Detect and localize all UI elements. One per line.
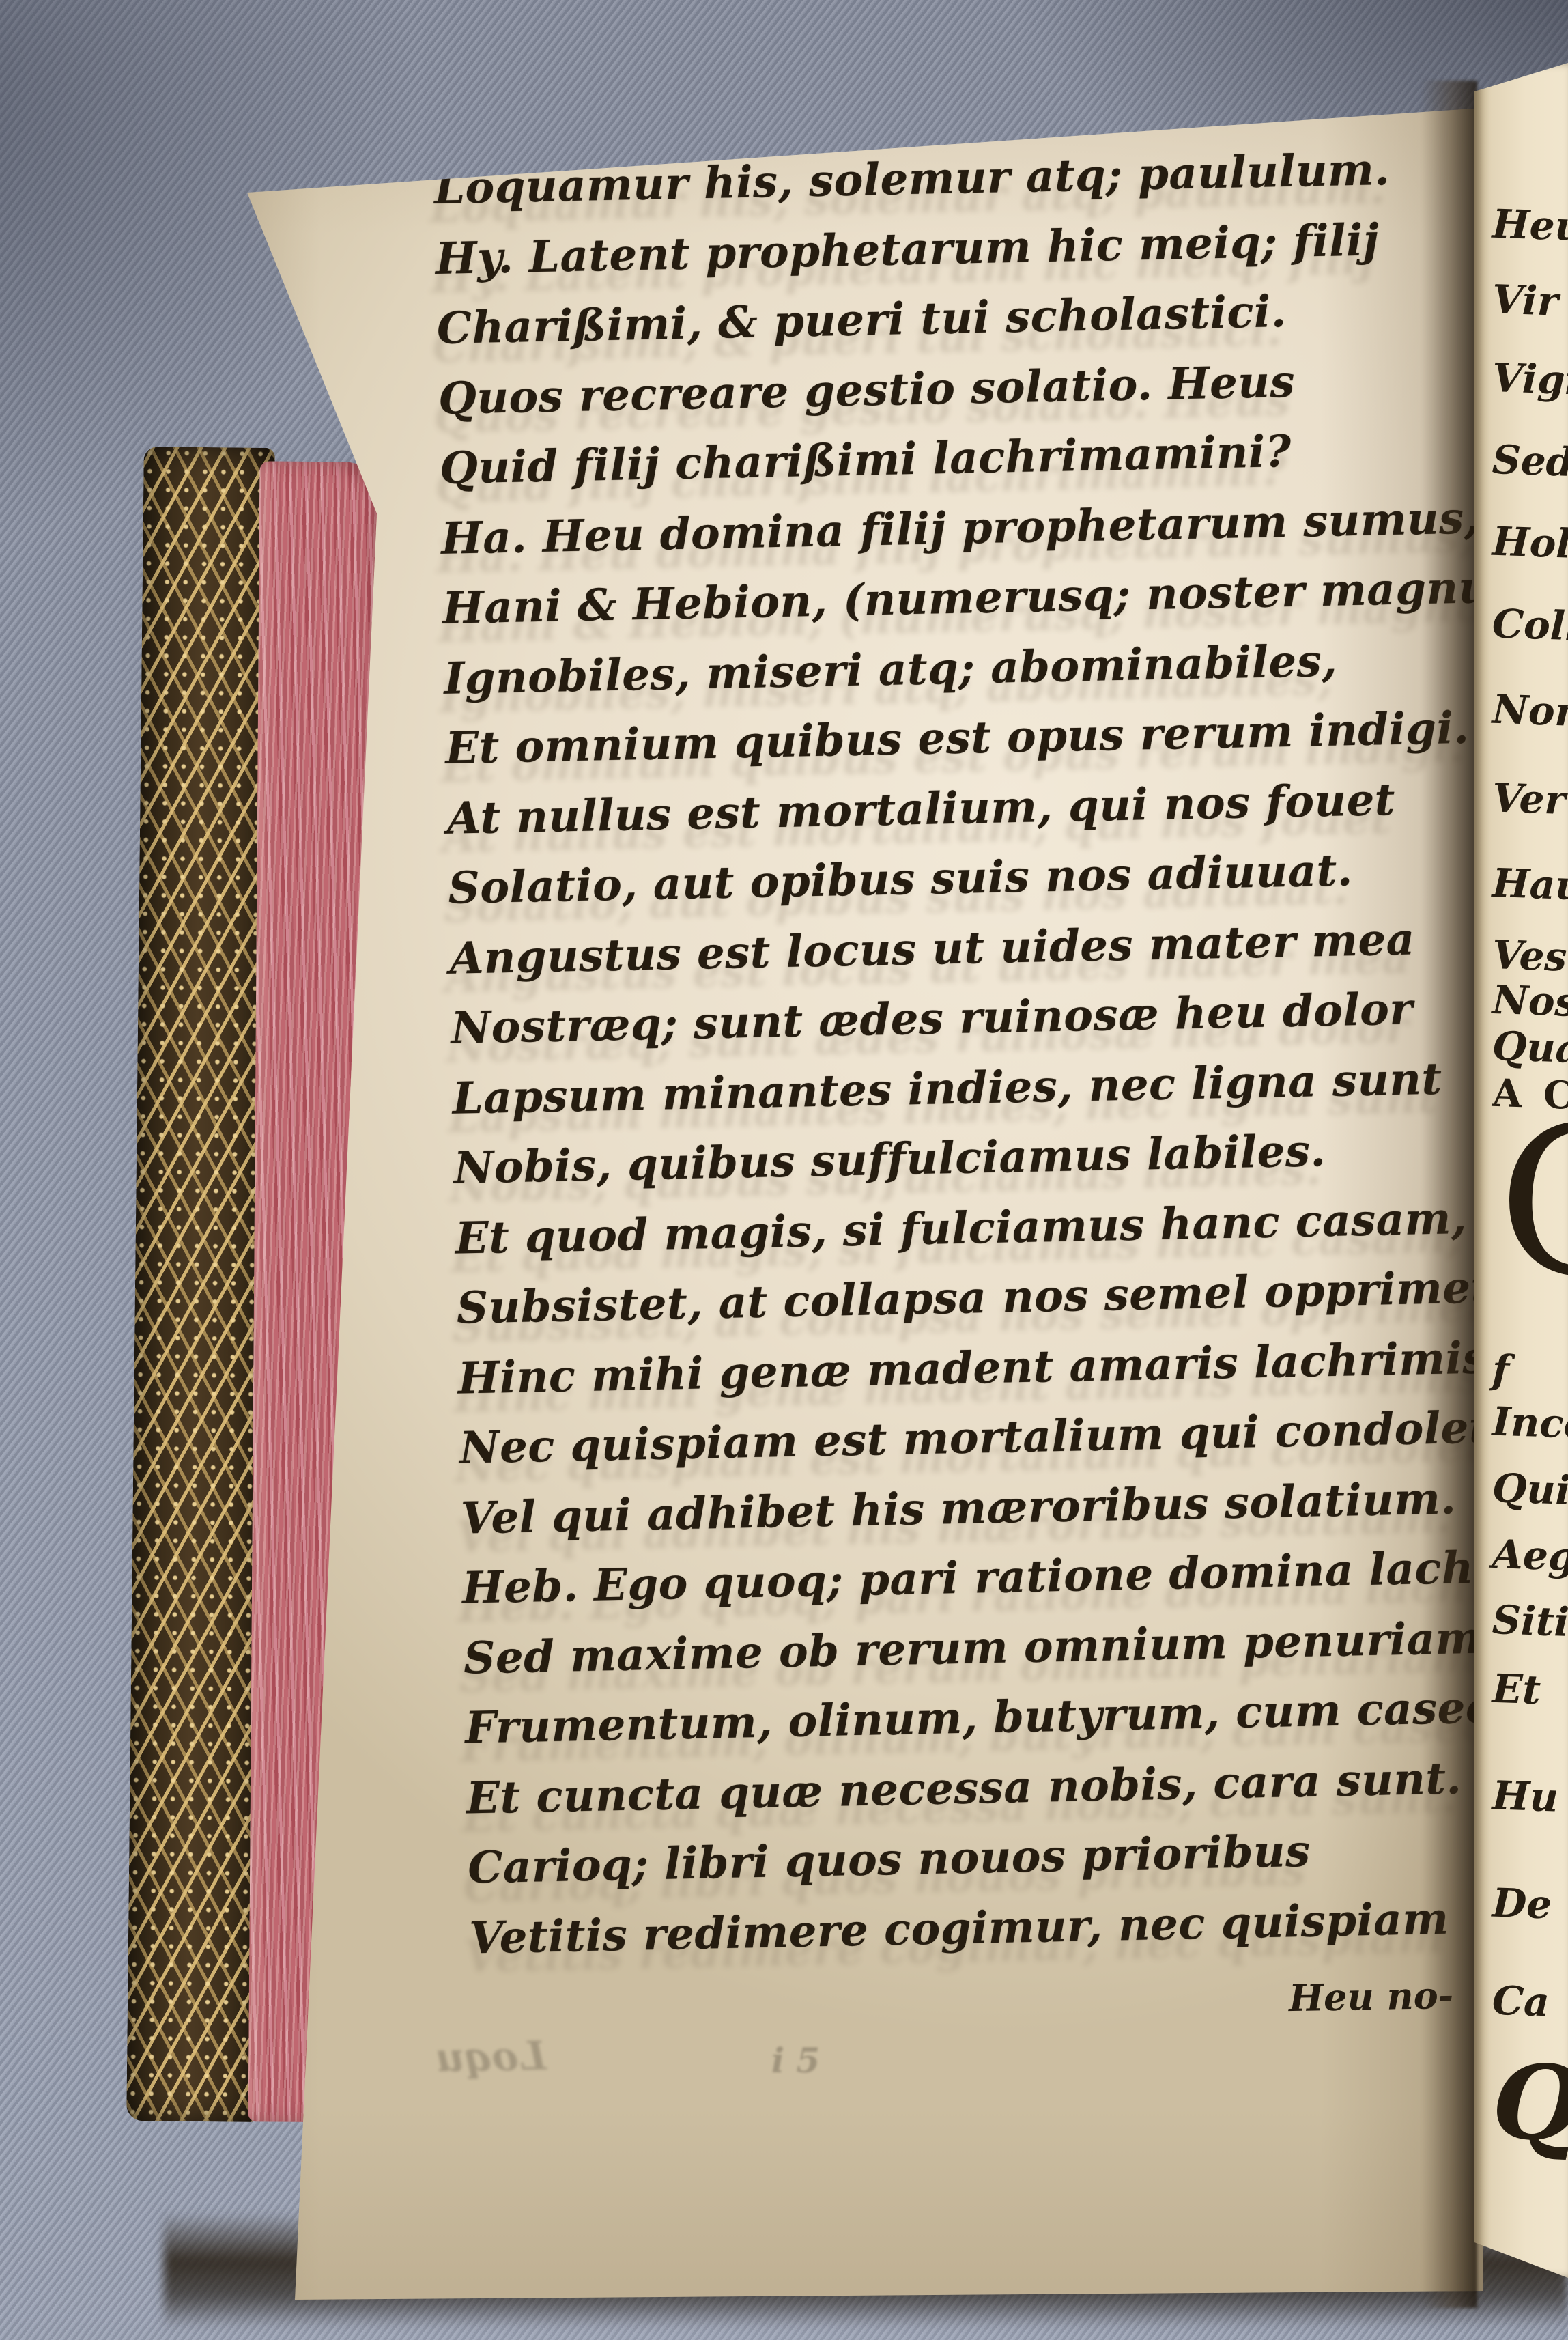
facing-page-text-fragment: Inco — [1492, 1398, 1568, 1448]
facing-page-text-fragment: Qua — [1492, 1023, 1568, 1073]
facing-page-text-fragment: Haud — [1492, 860, 1568, 910]
gutter-shadow — [1421, 81, 1477, 2308]
facing-page-text-fragment: Ca — [1492, 1977, 1550, 2026]
facing-page-text-fragment: Veru — [1492, 774, 1568, 824]
facing-page-text-fragment: Q — [1495, 1115, 1568, 1291]
facing-page-text-fragment: Colle — [1492, 600, 1568, 651]
photo-of-open-book: Loquamur his, solemur atq; paululum.Hy. … — [0, 0, 1568, 2340]
facing-page-text-fragment: f — [1492, 1347, 1510, 1394]
show-through-signature-mark: i 5 — [771, 2040, 820, 2081]
facing-page-text-fragment: De — [1492, 1879, 1553, 1928]
left-page: Loquamur his, solemur atq; paululum.Hy. … — [232, 102, 1483, 2304]
facing-page-text-fragment: Hu — [1492, 1772, 1559, 1820]
facing-page-text-fragment: Qui — [1492, 1465, 1568, 1514]
facing-page-sliver: Heu nVir aViginSed qHolusColleNonVeruHau… — [1474, 63, 1568, 2278]
facing-page-text-fragment: Non — [1492, 686, 1568, 736]
facing-page-text-fragment: Aeg — [1492, 1531, 1568, 1580]
facing-page-text-fragment: Et — [1492, 1665, 1541, 1713]
facing-page-text-fragment: Heu n — [1492, 201, 1568, 252]
facing-page-text-fragment: Nos — [1492, 976, 1568, 1026]
facing-page-text-fragment: Siti — [1492, 1596, 1568, 1646]
facing-page-text-fragment: Holus — [1492, 518, 1568, 569]
facing-page-text-fragment: Sed q — [1492, 436, 1568, 487]
show-through-ghost-text: Loqu — [435, 2033, 546, 2081]
facing-page-text-fragment: Vigin — [1492, 354, 1568, 405]
poem-text-block: Loquamur his, solemur atq; paululum.Hy. … — [433, 133, 1521, 1973]
facing-page-text-fragment: Q — [1490, 2042, 1568, 2165]
facing-page-text-fragment: Vir a — [1492, 276, 1568, 326]
facing-page-text-fragment: Veste — [1492, 931, 1568, 982]
